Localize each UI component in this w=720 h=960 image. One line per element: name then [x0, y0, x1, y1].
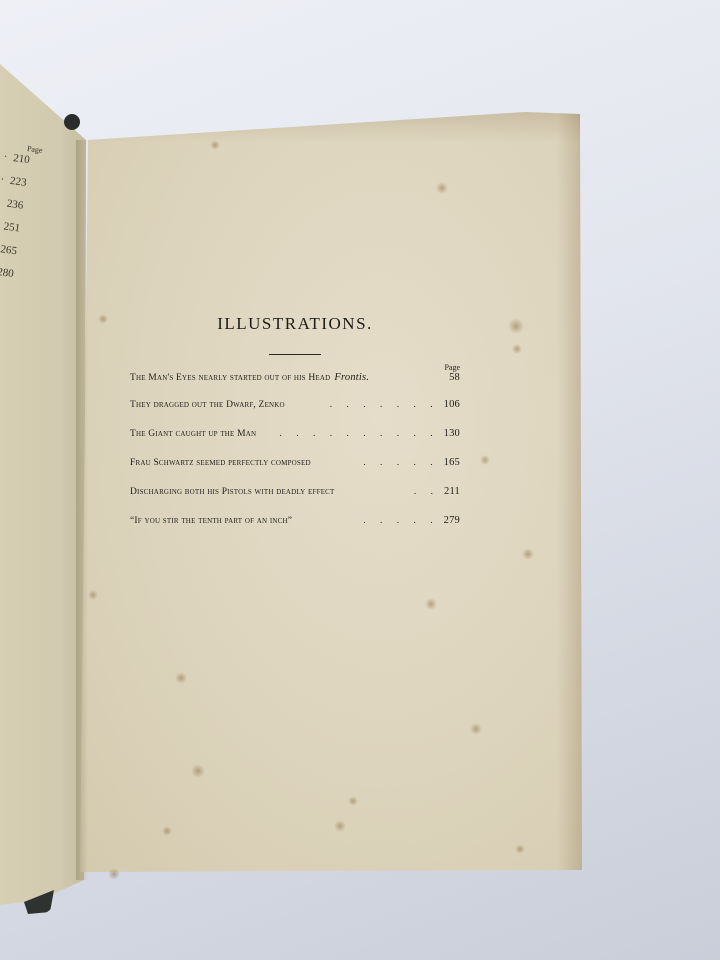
foxing-spot — [522, 548, 534, 560]
book-gutter — [76, 140, 88, 880]
page-column-label: Page — [130, 363, 460, 372]
entry-caption: The Man's Eyes nearly started out of his… — [130, 373, 330, 383]
entry-caption: The Giant caught up the Man — [130, 429, 256, 439]
illustration-entry: “If you stir the tenth part of an inch” … — [130, 515, 460, 544]
title-rule-divider — [269, 354, 321, 355]
foxing-spot — [162, 826, 172, 836]
foxing-spot — [108, 868, 120, 880]
foxing-spot — [436, 182, 448, 194]
illustration-entry: The Man's Eyes nearly started out of his… — [130, 372, 460, 399]
foxing-spot — [191, 764, 205, 778]
entry-caption: “If you stir the tenth part of an inch” — [130, 516, 292, 526]
entry-note: Frontis. — [334, 372, 369, 383]
foxing-spot — [98, 314, 108, 324]
foxing-spot — [515, 844, 525, 854]
illustration-entry: Discharging both his Pistols with deadly… — [130, 486, 460, 515]
foxing-spot — [512, 344, 522, 354]
foxing-spot — [508, 318, 524, 334]
foxing-spot — [210, 140, 220, 150]
entry-page-number: 58 — [449, 372, 460, 383]
illustration-entry: They dragged out the Dwarf, Zenko . . . … — [130, 399, 460, 428]
entry-page-number: 130 — [444, 428, 460, 439]
foxing-spot — [470, 723, 482, 735]
foxing-spot — [480, 455, 490, 465]
entry-caption: Frau Schwartz seemed perfectly composed — [130, 458, 311, 468]
leader-dots: . . . . . . . . . . — [256, 429, 438, 439]
illustration-entry: Frau Schwartz seemed perfectly composed … — [130, 457, 460, 486]
leader-dots: . . . . . . . — [285, 400, 439, 410]
illustration-entry: The Giant caught up the Man . . . . . . … — [130, 428, 460, 457]
leader-dots: . . . . . — [292, 516, 438, 526]
book-photo: Page ·210 ·223 ·236 ·251 ·265 ·280 ILLUS… — [0, 0, 720, 960]
book-binding-top — [64, 114, 80, 130]
foxing-spot — [425, 598, 437, 610]
entry-caption: Discharging both his Pistols with deadly… — [130, 487, 335, 497]
entry-page-number: 211 — [444, 486, 460, 497]
entry-page-number: 279 — [444, 515, 460, 526]
foxing-spot — [348, 796, 358, 806]
leader-dots: . . . . . — [311, 458, 439, 468]
illustration-entries: The Man's Eyes nearly started out of his… — [130, 372, 460, 544]
leader-dots: . . — [335, 487, 440, 497]
entry-caption: They dragged out the Dwarf, Zenko — [130, 400, 285, 410]
foxing-spot — [88, 590, 98, 600]
foxing-spot — [334, 820, 346, 832]
entry-page-number: 106 — [444, 399, 460, 410]
foxing-spot — [175, 672, 187, 684]
illustrations-list: ILLUSTRATIONS. Page The Man's Eyes nearl… — [130, 300, 460, 544]
page-title: ILLUSTRATIONS. — [130, 314, 460, 334]
entry-page-number: 165 — [444, 457, 460, 468]
